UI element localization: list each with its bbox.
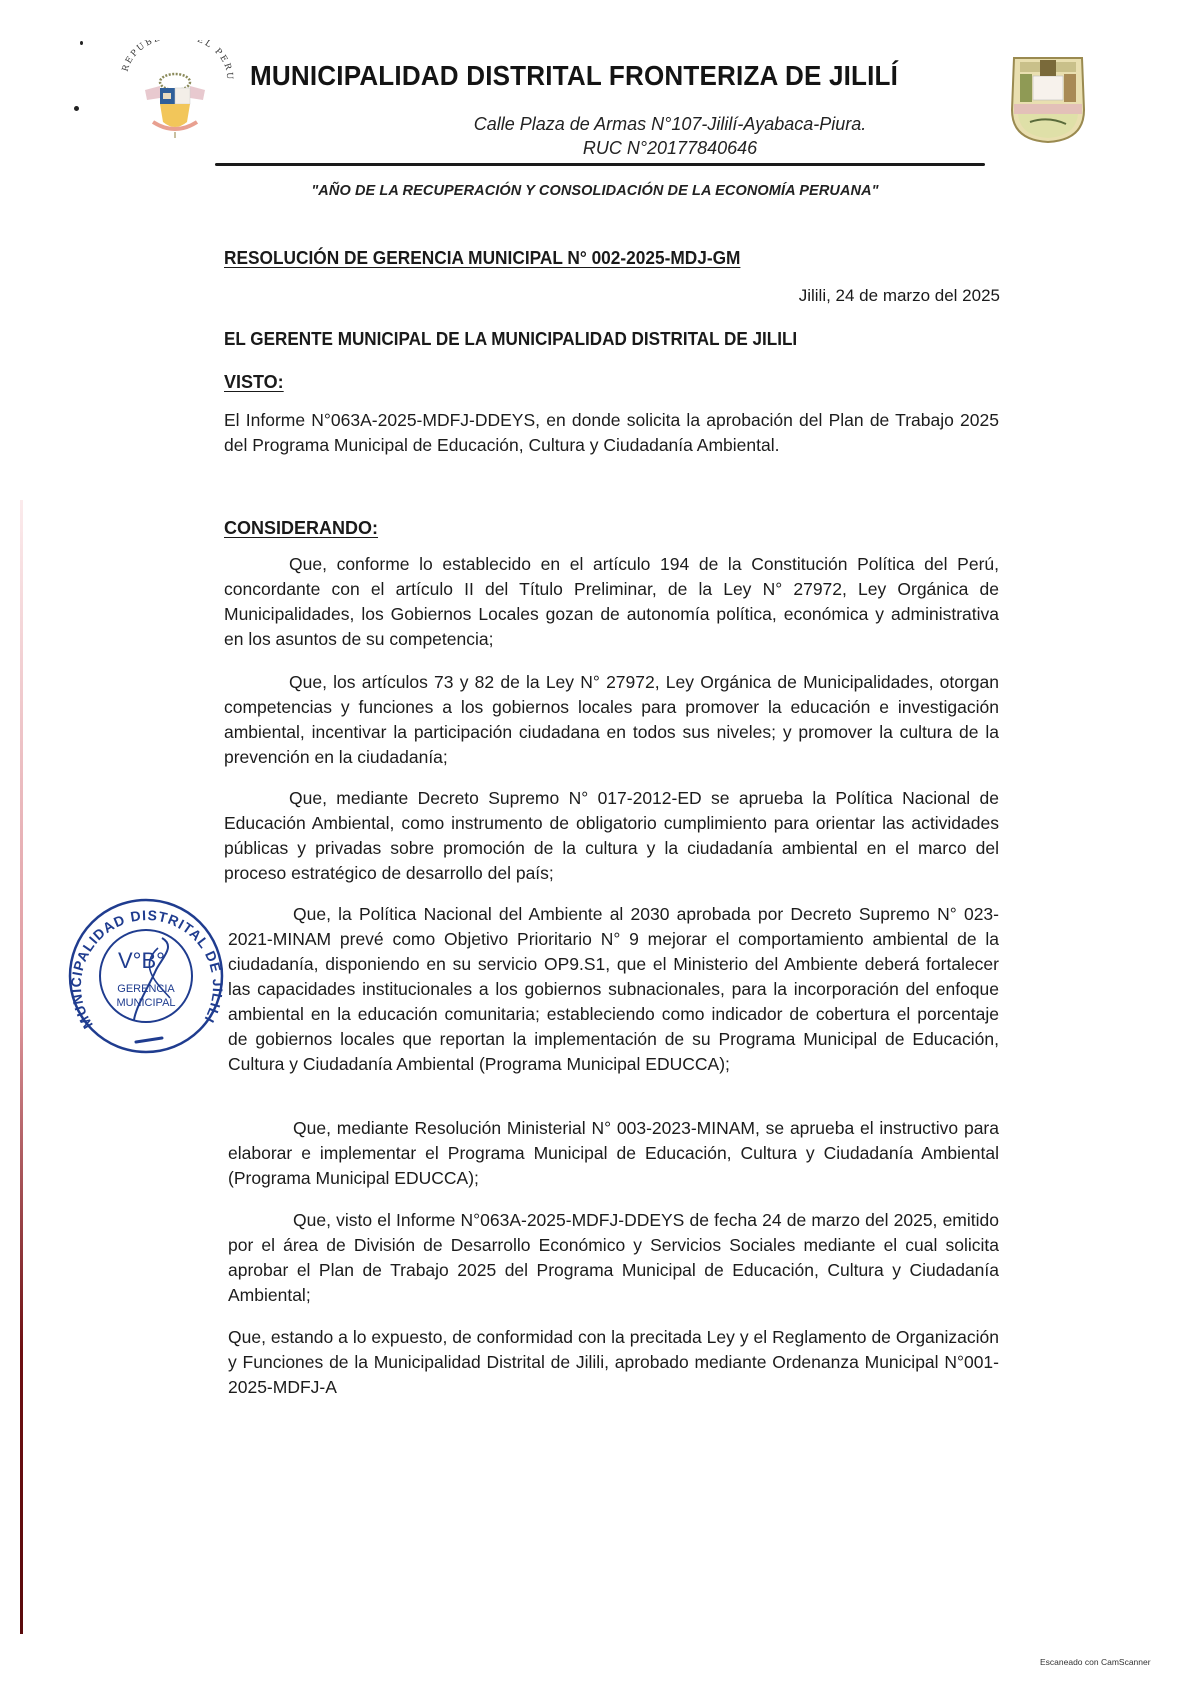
visto-text: El Informe N°063A-2025-MDFJ-DDEYS, en do… [224, 408, 999, 458]
considerando-paragraph: Que, los artículos 73 y 82 de la Ley N° … [224, 670, 999, 770]
organization-ruc: RUC N°20177840646 [200, 138, 940, 159]
year-motto: "AÑO DE LA RECUPERACIÓN Y CONSOLIDACIÓN … [200, 183, 990, 199]
considerando-paragraph: Que, la Política Nacional del Ambiente a… [228, 902, 999, 1077]
header-divider [215, 163, 985, 166]
approval-stamp: MUNICIPALIDAD DISTRITAL DE JILILI V°B° G… [66, 888, 226, 1058]
place-date: Jilili, 24 de marzo del 2025 [799, 286, 1000, 306]
page-margin-line [20, 500, 23, 1634]
considerando-paragraph: Que, visto el Informe N°063A-2025-MDFJ-D… [228, 1208, 999, 1308]
svg-text:V°B°: V°B° [118, 948, 165, 973]
svg-text:MUNICIPAL: MUNICIPAL [116, 997, 175, 1009]
considerando-paragraph: Que, conforme lo establecido en el artíc… [224, 552, 999, 652]
organization-title: MUNICIPALIDAD DISTRITAL FRONTERIZA DE JI… [250, 60, 938, 92]
considerando-paragraph: Que, mediante Decreto Supremo N° 017-201… [224, 786, 999, 886]
considerando-paragraph: Que, estando a lo expuesto, de conformid… [228, 1325, 999, 1400]
scanner-watermark: Escaneado con CamScanner [1040, 1657, 1151, 1667]
visto-heading: VISTO: [224, 372, 284, 393]
jilili-municipal-shield-icon [1000, 50, 1096, 146]
issuer-heading: EL GERENTE MUNICIPAL DE LA MUNICIPALIDAD… [224, 329, 797, 350]
organization-address: Calle Plaza de Armas N°107-Jililí-Ayabac… [200, 114, 940, 135]
considerando-paragraph: Que, mediante Resolución Ministerial N° … [228, 1116, 999, 1191]
scan-speck [80, 41, 83, 45]
considerando-heading: CONSIDERANDO: [224, 518, 378, 539]
scan-speck [74, 106, 79, 111]
resolution-title: RESOLUCIÓN DE GERENCIA MUNICIPAL N° 002-… [224, 248, 740, 269]
